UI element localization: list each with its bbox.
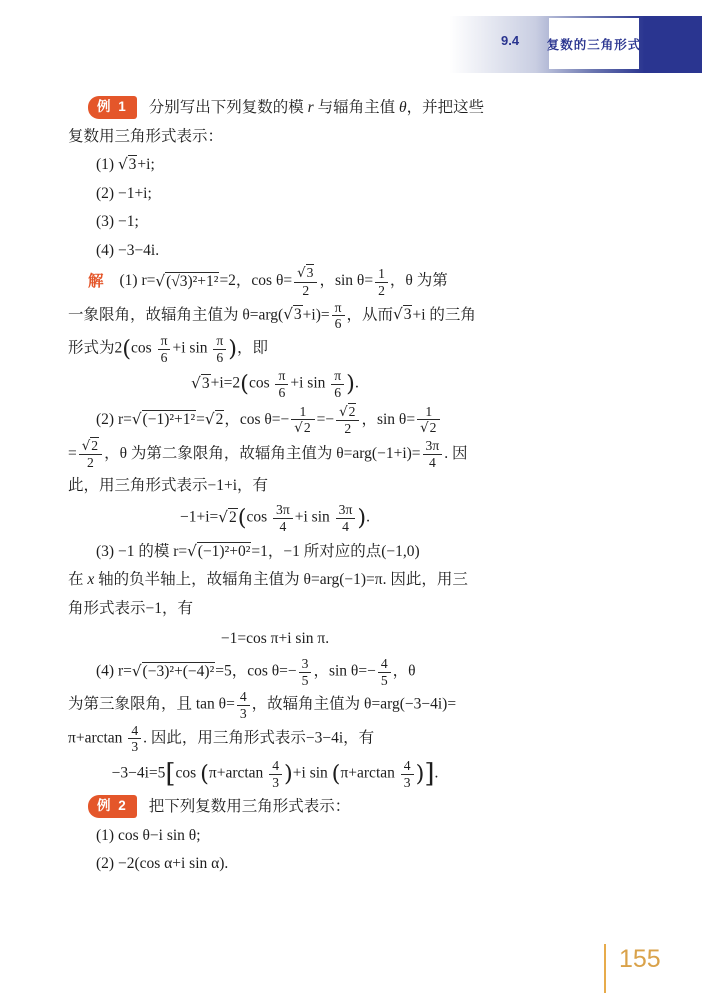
text-run: 形式为2: [68, 340, 122, 357]
fraction: √32: [294, 265, 317, 298]
display-equation: −3−4i=5[cos (π+arctan 43)+i sin (π+arcta…: [68, 758, 482, 790]
text-run: ，sin θ=−: [313, 663, 375, 680]
text-run: =−: [317, 411, 334, 428]
text-line: (4) r=√(−3)²+(−4)²=5，cos θ=−35，sin θ=−45…: [68, 656, 482, 688]
text-run: ，θ 为第: [390, 273, 448, 290]
text-run: π+arctan: [340, 765, 398, 782]
display-equation: −1=cos π+i sin π.: [68, 625, 482, 653]
text-line: (1) cos θ−i sin θ;: [68, 822, 482, 850]
sqrt-expression: √(−1)²+1²: [132, 411, 196, 428]
body-content: 例 1分别写出下列复数的模 r 与辐角主值 θ，并把这些复数用三角形式表示：(1…: [68, 94, 482, 879]
text-run: (2) −1+i;: [96, 185, 152, 202]
example-badge: 例 2: [88, 795, 137, 818]
page-number: 155: [619, 945, 661, 974]
big-paren: ): [284, 761, 293, 787]
text-run: ，cos θ=−: [224, 411, 289, 428]
text-run: 此，用三角形式表示−1+i，有: [68, 477, 268, 494]
fraction: 45: [378, 656, 391, 688]
text-run: −1=cos π+i sin π.: [221, 630, 329, 647]
sqrt-expression: √3: [118, 156, 137, 173]
big-paren: (: [200, 761, 209, 787]
example-badge: 例 1: [88, 96, 137, 119]
fraction: 3π4: [336, 502, 356, 534]
text-run: +i=2: [211, 375, 241, 392]
text-run: cos: [131, 340, 156, 357]
text-line: (4) −3−4i.: [68, 237, 482, 265]
text-run: ，并把这些: [407, 99, 485, 116]
fraction: 3π4: [273, 502, 293, 534]
fraction: π6: [331, 368, 344, 400]
text-run: +i sin: [290, 375, 329, 392]
text-run: (2) −2(cos α+i sin α).: [96, 855, 228, 872]
text-run: 复数用三角形式表示：: [68, 128, 223, 145]
fraction: π6: [332, 300, 345, 332]
big-paren: (: [240, 371, 249, 397]
text-line: 复数用三角形式表示：: [68, 123, 482, 151]
sqrt-expression: √3: [191, 375, 210, 392]
text-run: cos: [247, 509, 272, 526]
text-run: π+arctan: [68, 729, 126, 746]
text-run: (1) cos θ−i sin θ;: [96, 827, 201, 844]
text-line: 例 1分别写出下列复数的模 r 与辐角主值 θ，并把这些: [68, 94, 482, 122]
text-line: 在 x 轴的负半轴上，故辐角主值为 θ=arg(−1)=π. 因此，用三: [68, 566, 482, 594]
text-run: 角形式表示−1，有: [68, 600, 193, 617]
text-run: −1+i=: [180, 509, 218, 526]
text-run: (4) −3−4i.: [96, 242, 159, 259]
text-run: =: [68, 445, 77, 462]
sqrt-expression: √(−1)²+0²: [187, 543, 251, 560]
fraction: 43: [269, 758, 282, 790]
sqrt-expression: √2: [218, 509, 237, 526]
sqrt-expression: √(−3)²+(−4)²: [132, 663, 215, 680]
text-line: =√22，θ 为第二象限角，故辐角主值为 θ=arg(−1+i)=3π4. 因: [68, 438, 482, 471]
text-run: .: [366, 509, 370, 526]
footer-divider: [604, 944, 606, 993]
text-line: (3) −1;: [68, 208, 482, 236]
text-run: .: [435, 765, 439, 782]
textbook-page: 9.4 复数的三角形式 例 1分别写出下列复数的模 r 与辐角主值 θ，并把这些…: [0, 0, 702, 993]
text-line: π+arctan 43. 因此，用三角形式表示−3−4i，有: [68, 723, 482, 755]
text-run: ，故辐角主值为 θ=arg(−3−4i)=: [252, 696, 456, 713]
text-run: +i sin: [293, 765, 332, 782]
text-line: 为第三象限角，且 tan θ=43，故辐角主值为 θ=arg(−3−4i)=: [68, 689, 482, 721]
fraction: √22: [79, 438, 102, 471]
text-run: π+arctan: [209, 765, 267, 782]
fraction: 1√2: [417, 404, 440, 437]
sqrt-expression: √(√3)²+1²: [155, 273, 219, 290]
text-run: ，即: [237, 340, 268, 357]
text-run: ，sin θ=: [361, 411, 415, 428]
fraction: 43: [401, 758, 414, 790]
section-title-box: 复数的三角形式: [549, 18, 639, 69]
text-run: −3−4i=5: [112, 765, 166, 782]
text-line: (2) −2(cos α+i sin α).: [68, 850, 482, 878]
big-paren: ): [357, 505, 366, 531]
text-line: 此，用三角形式表示−1+i，有: [68, 472, 482, 500]
text-run: . 因此，用三角形式表示−3−4i，有: [143, 729, 374, 746]
text-run: +i 的三角: [412, 306, 475, 323]
fraction: π6: [275, 368, 288, 400]
text-line: (3) −1 的模 r=√(−1)²+0²=1，−1 所对应的点(−1,0): [68, 538, 482, 566]
text-run: (3) −1 的模 r=: [96, 543, 187, 560]
text-run: =: [196, 411, 205, 428]
text-line: 例 2把下列复数用三角形式表示：: [68, 793, 482, 821]
big-bracket: [: [165, 759, 175, 789]
section-number: 9.4: [501, 33, 519, 48]
text-run: =2，cos θ=: [219, 273, 292, 290]
text-run: 轴的负半轴上，故辐角主值为 θ=arg(−1)=π. 因此，用三: [94, 571, 468, 588]
fraction: 43: [128, 723, 141, 755]
big-bracket: ]: [424, 759, 434, 789]
text-line: (1) √3+i;: [68, 151, 482, 179]
text-run: (1): [96, 156, 118, 173]
sqrt-expression: √3: [393, 306, 412, 323]
text-run: (4) r=: [96, 663, 132, 680]
fraction: π6: [213, 333, 226, 365]
big-paren: (: [238, 505, 247, 531]
text-line: 解(1) r=√(√3)²+1²=2，cos θ=√32，sin θ=12，θ …: [68, 265, 482, 298]
display-equation: −1+i=√2(cos 3π4+i sin 3π4).: [68, 502, 482, 534]
sqrt-expression: √2: [205, 411, 224, 428]
big-paren: (: [122, 336, 131, 362]
solution-marker: 解: [88, 273, 104, 290]
text-run: ，θ 为第二象限角，故辐角主值为 θ=arg(−1+i)=: [104, 445, 420, 462]
text-run: 为第三象限角，且 tan θ=: [68, 696, 235, 713]
fraction: √22: [336, 404, 359, 437]
text-run: ，sin θ=: [319, 273, 373, 290]
text-run: +i sin: [295, 509, 334, 526]
math-variable: θ: [399, 99, 407, 116]
text-run: +i)=: [303, 306, 330, 323]
text-line: (2) r=√(−1)²+1²=√2，cos θ=−1√2=−√22，sin θ…: [68, 404, 482, 437]
text-line: 一象限角，故辐角主值为 θ=arg(√3+i)=π6，从而√3+i 的三角: [68, 300, 482, 332]
text-run: 在: [68, 571, 87, 588]
text-run: (1) r=: [120, 273, 156, 290]
text-run: cos: [249, 375, 274, 392]
text-run: 把下列复数用三角形式表示：: [149, 798, 351, 815]
text-run: ，从而: [347, 306, 394, 323]
text-run: .: [355, 375, 359, 392]
fraction: π6: [158, 333, 171, 365]
fraction: 3π4: [423, 438, 443, 470]
sqrt-expression: √3: [283, 306, 302, 323]
section-title: 复数的三角形式: [547, 35, 642, 53]
fraction: 35: [299, 656, 312, 688]
fraction: 43: [237, 689, 250, 721]
text-run: . 因: [444, 445, 467, 462]
text-run: ，θ: [393, 663, 416, 680]
text-run: =1，−1 所对应的点(−1,0): [251, 543, 419, 560]
text-run: (3) −1;: [96, 213, 139, 230]
text-run: cos: [176, 765, 201, 782]
text-run: (2) r=: [96, 411, 132, 428]
text-run: 与辐角主值: [314, 99, 399, 116]
big-paren: ): [346, 371, 355, 397]
text-line: (2) −1+i;: [68, 180, 482, 208]
display-equation: √3+i=2(cos π6+i sin π6).: [68, 368, 482, 400]
fraction: 1√2: [291, 404, 314, 437]
text-line: 形式为2(cos π6+i sin π6)，即: [68, 333, 482, 365]
big-paren: ): [228, 336, 237, 362]
text-run: +i;: [137, 156, 154, 173]
text-run: +i sin: [172, 340, 211, 357]
text-run: 分别写出下列复数的模: [149, 99, 308, 116]
text-run: 一象限角，故辐角主值为 θ=arg(: [68, 306, 283, 323]
fraction: 12: [375, 266, 388, 298]
text-line: 角形式表示−1，有: [68, 595, 482, 623]
text-run: =5，cos θ=−: [215, 663, 296, 680]
